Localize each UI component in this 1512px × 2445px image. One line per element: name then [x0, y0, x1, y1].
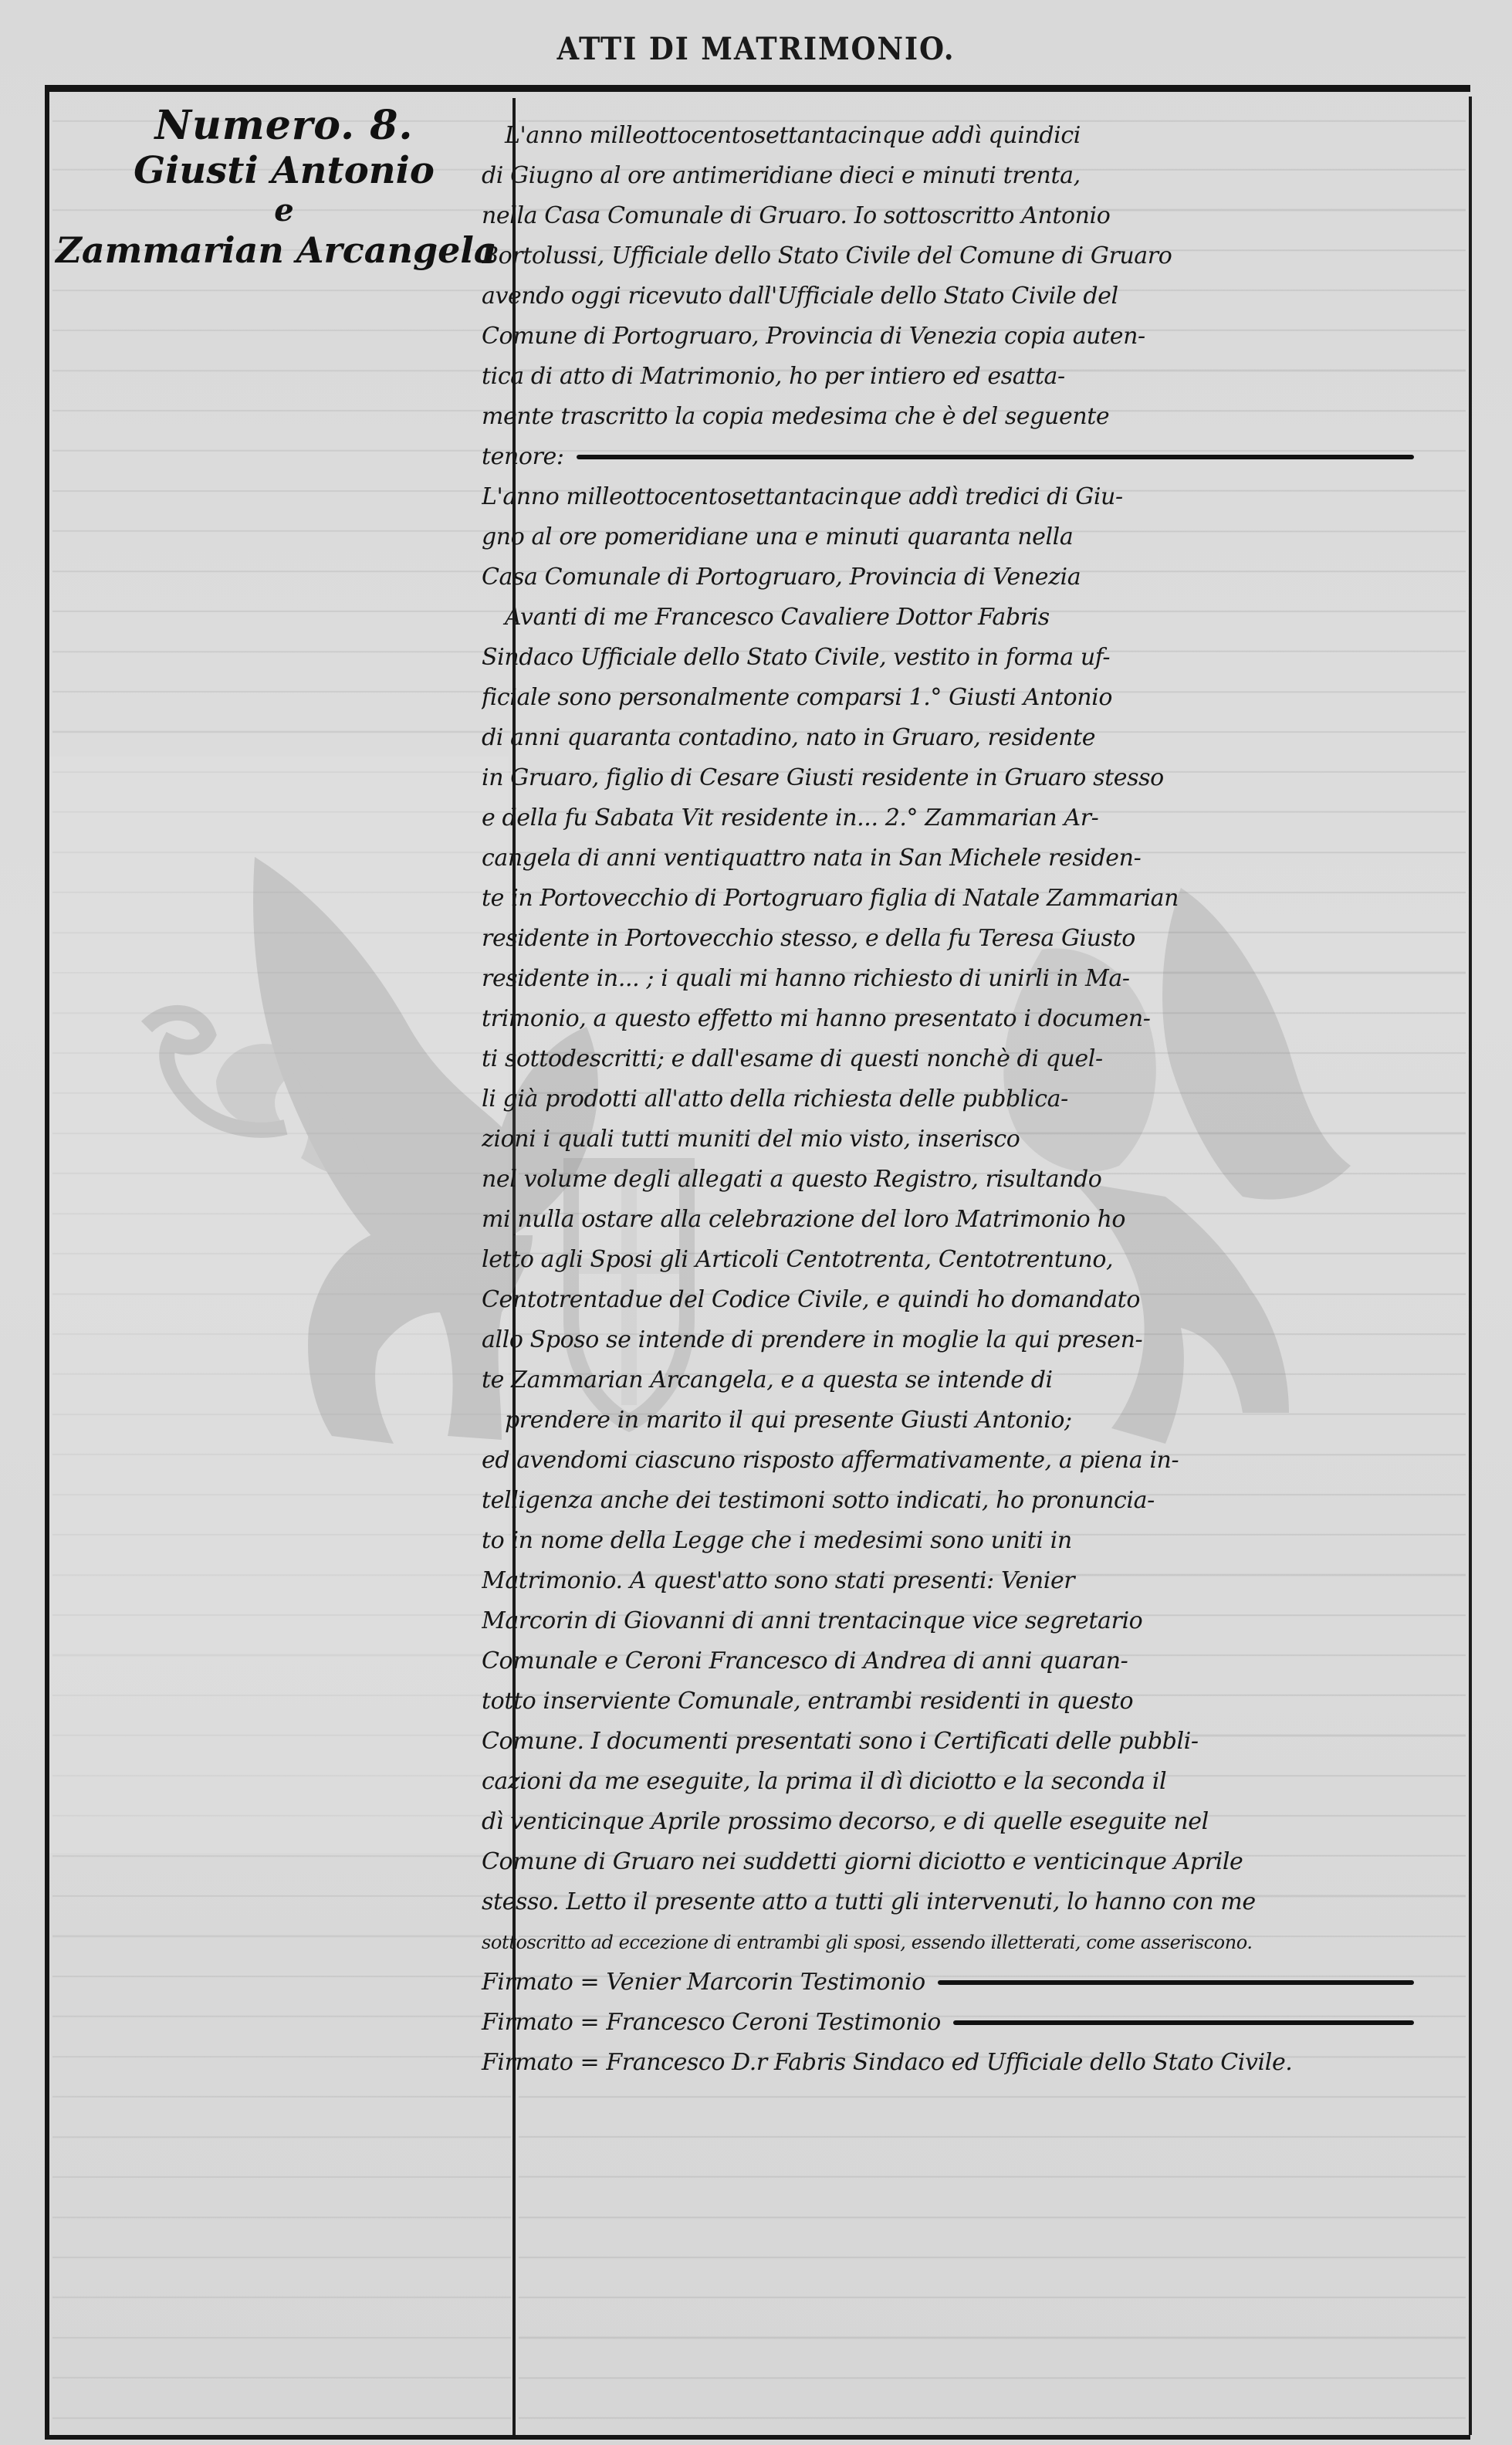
- transcribed-line: Comune. I documenti presentati sono i Ce…: [482, 1722, 1414, 1762]
- section-rule: [577, 455, 1414, 459]
- signature-mayor: Firmato = Francesco D.r Fabris Sindaco e…: [482, 2043, 1414, 2083]
- transcribed-line: mi nulla ostare alla celebrazione del lo…: [482, 1200, 1414, 1240]
- groom-name: Giusti Antonio: [60, 149, 508, 192]
- transcribed-line: Sindaco Ufficiale dello Stato Civile, ve…: [482, 638, 1414, 678]
- transcribed-line: li già prodotti all'atto della richiesta…: [482, 1079, 1414, 1119]
- transcribed-line: cangela di anni ventiquattro nata in San…: [482, 838, 1414, 879]
- transcribed-line: allo Sposo se intende di prendere in mog…: [482, 1320, 1414, 1360]
- transcribed-line: Comune di Gruaro nei suddetti giorni dic…: [482, 1842, 1414, 1882]
- signature-rule: [938, 1980, 1414, 1985]
- transcribed-line: residente in... ; i quali mi hanno richi…: [482, 959, 1414, 999]
- transcribed-line: stesso. Letto il presente atto a tutti g…: [482, 1882, 1414, 1922]
- transcribed-line: letto agli Sposi gli Articoli Centotrent…: [482, 1240, 1414, 1280]
- signature-text: Firmato = Francesco Ceroni Testimonio: [482, 2003, 941, 2043]
- scan-artifact: [49, 757, 509, 1853]
- transcribed-line: nel volume degli allegati a questo Regis…: [482, 1160, 1414, 1200]
- transcribed-line: Avanti di me Francesco Cavaliere Dottor …: [482, 598, 1414, 638]
- transcribed-line: di anni quaranta contadino, nato in Grua…: [482, 718, 1414, 758]
- transcribed-line: gno al ore pomeridiane una e minuti quar…: [482, 517, 1414, 557]
- act-line: avendo oggi ricevuto dall'Ufficiale dell…: [482, 276, 1414, 317]
- transcribed-line: sottoscritto ad eccezione di entrambi gl…: [482, 1922, 1414, 1962]
- transcribed-line: dì venticinque Aprile prossimo decorso, …: [482, 1802, 1414, 1842]
- transcribed-line: ed avendomi ciascuno risposto affermativ…: [482, 1441, 1414, 1481]
- conjunction: e: [60, 192, 508, 229]
- act-line: mente trascritto la copia medesima che è…: [482, 397, 1414, 437]
- transcribed-line: trimonio, a questo effetto mi hanno pres…: [482, 999, 1414, 1039]
- transcribed-line: to in nome della Legge che i medesimi so…: [482, 1521, 1414, 1561]
- act-line: Bortolussi, Ufficiale dello Stato Civile…: [482, 236, 1414, 276]
- transcribed-line: te Zammarian Arcangela, e a questa se in…: [482, 1360, 1414, 1400]
- transcribed-line: cazioni da me eseguite, la prima il dì d…: [482, 1762, 1414, 1802]
- record-number: Numero. 8.: [60, 103, 508, 149]
- margin-column: Numero. 8. Giusti Antonio e Zammarian Ar…: [60, 103, 508, 271]
- transcribed-line: Centotrentadue del Codice Civile, e quin…: [482, 1280, 1414, 1320]
- transcribed-line: ti sottodescritti; e dall'esame di quest…: [482, 1039, 1414, 1079]
- act-line: Comune di Portogruaro, Provincia di Vene…: [482, 317, 1414, 357]
- signature-rule: [953, 2020, 1414, 2025]
- bride-name: Zammarian Arcangela: [45, 229, 508, 271]
- signature-text: Firmato = Venier Marcorin Testimonio: [482, 1962, 925, 2003]
- transcribed-line: residente in Portovecchio stesso, e dell…: [482, 919, 1414, 959]
- transcribed-line: te in Portovecchio di Portogruaro figlia…: [482, 879, 1414, 919]
- page-title: ATTI DI MATRIMONIO.: [60, 31, 1451, 67]
- act-line: tenore:: [482, 437, 564, 477]
- transcribed-line: in Gruaro, figlio di Cesare Giusti resid…: [482, 758, 1414, 798]
- act-line: L'anno milleottocentosettantacinque addì…: [482, 116, 1414, 156]
- transcribed-line: totto inserviente Comunale, entrambi res…: [482, 1681, 1414, 1722]
- transcribed-line: Casa Comunale di Portogruaro, Provincia …: [482, 557, 1414, 598]
- signature-witness-2: Firmato = Francesco Ceroni Testimonio: [482, 2003, 1414, 2043]
- act-line: tica di atto di Matrimonio, ho per intie…: [482, 357, 1414, 397]
- transcribed-line: ficiale sono personalmente comparsi 1.° …: [482, 678, 1414, 718]
- tenore-row: tenore:: [482, 437, 1414, 477]
- act-line: nella Casa Comunale di Gruaro. Io sottos…: [482, 196, 1414, 236]
- signature-text: Firmato = Francesco D.r Fabris Sindaco e…: [482, 2043, 1292, 2083]
- transcribed-line: e della fu Sabata Vit residente in... 2.…: [482, 798, 1414, 838]
- signature-witness-1: Firmato = Venier Marcorin Testimonio: [482, 1962, 1414, 2003]
- transcribed-line: Comunale e Ceroni Francesco di Andrea di…: [482, 1641, 1414, 1681]
- act-body: L'anno milleottocentosettantacinque addì…: [482, 116, 1414, 2083]
- transcribed-line: Matrimonio. A quest'atto sono stati pres…: [482, 1561, 1414, 1601]
- transcribed-line: prendere in marito il qui presente Giust…: [482, 1400, 1414, 1441]
- transcribed-line: telligenza anche dei testimoni sotto ind…: [482, 1481, 1414, 1521]
- register-page: ATTI DI MATRIMONIO. Numero. 8. Giusti An…: [0, 0, 1512, 2445]
- transcribed-line: zioni i quali tutti muniti del mio visto…: [482, 1119, 1414, 1160]
- act-line: di Giugno al ore antimeridiane dieci e m…: [482, 156, 1414, 196]
- transcribed-line: L'anno milleottocentosettantacinque addì…: [482, 477, 1414, 517]
- transcribed-line: Marcorin di Giovanni di anni trentacinqu…: [482, 1601, 1414, 1641]
